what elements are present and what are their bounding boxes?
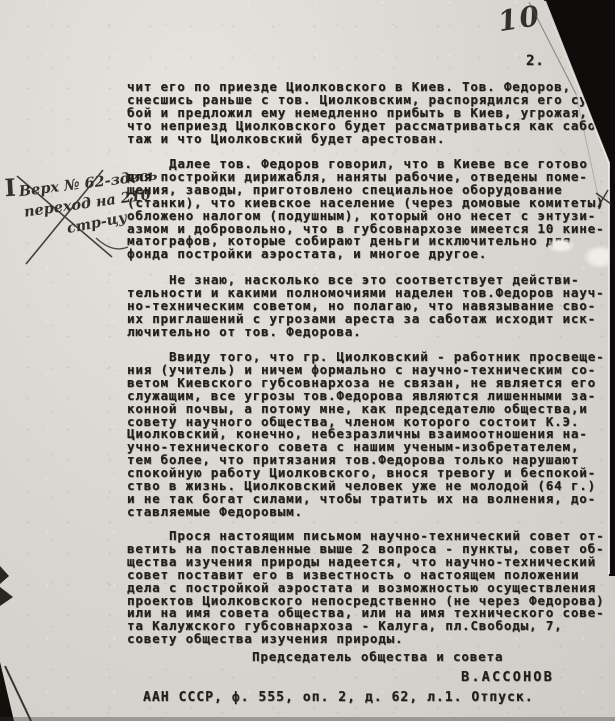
paper: 10 2. I Верх № 62-здесь переход на 210 с… (0, 0, 615, 721)
signature-name: В.АССОНОВ (461, 671, 554, 684)
typed-line: совету общества изучения природы. (127, 633, 615, 646)
typed-paragraph-3: Не знаю, насколько все это соответствует… (127, 274, 615, 339)
typed-line: таж и что Циолковский будет арестован. (127, 133, 615, 146)
typed-paragraph-2: Далее тов. Федоров говорил, что в Киеве … (127, 158, 615, 261)
handwritten-folio-number: 10 (496, 0, 544, 38)
typed-line: фонда постройки аэростата, и многое друг… (127, 248, 615, 261)
typed-line: лючительно от тов. Федорова. (127, 326, 615, 339)
typed-page-number: 2. (526, 55, 545, 68)
typed-paragraph-5: Прося настоящим письмом научно-техническ… (127, 530, 615, 646)
paper-blemish (583, 245, 615, 269)
signature-title: Председатель общества и совета (252, 651, 503, 664)
document-scan: 10 2. I Верх № 62-здесь переход на 210 с… (0, 0, 615, 721)
typed-paragraph-4: Ввиду того, что гр. Циолковский - работн… (127, 351, 615, 519)
typed-line: ставляемые Федоровым. (127, 506, 615, 519)
paper-blemish (547, 238, 575, 253)
handwritten-margin-note: I Верх № 62-здесь переход на 210 стр-цу (2, 165, 132, 263)
typed-paragraph-1: чит его по приезде Циолковского в Киев. … (127, 81, 615, 146)
note-insertion-mark: I (4, 173, 17, 203)
archive-citation: ААН СССР, ф. 555, оп. 2, д. 62, л.1. Отп… (143, 692, 534, 705)
